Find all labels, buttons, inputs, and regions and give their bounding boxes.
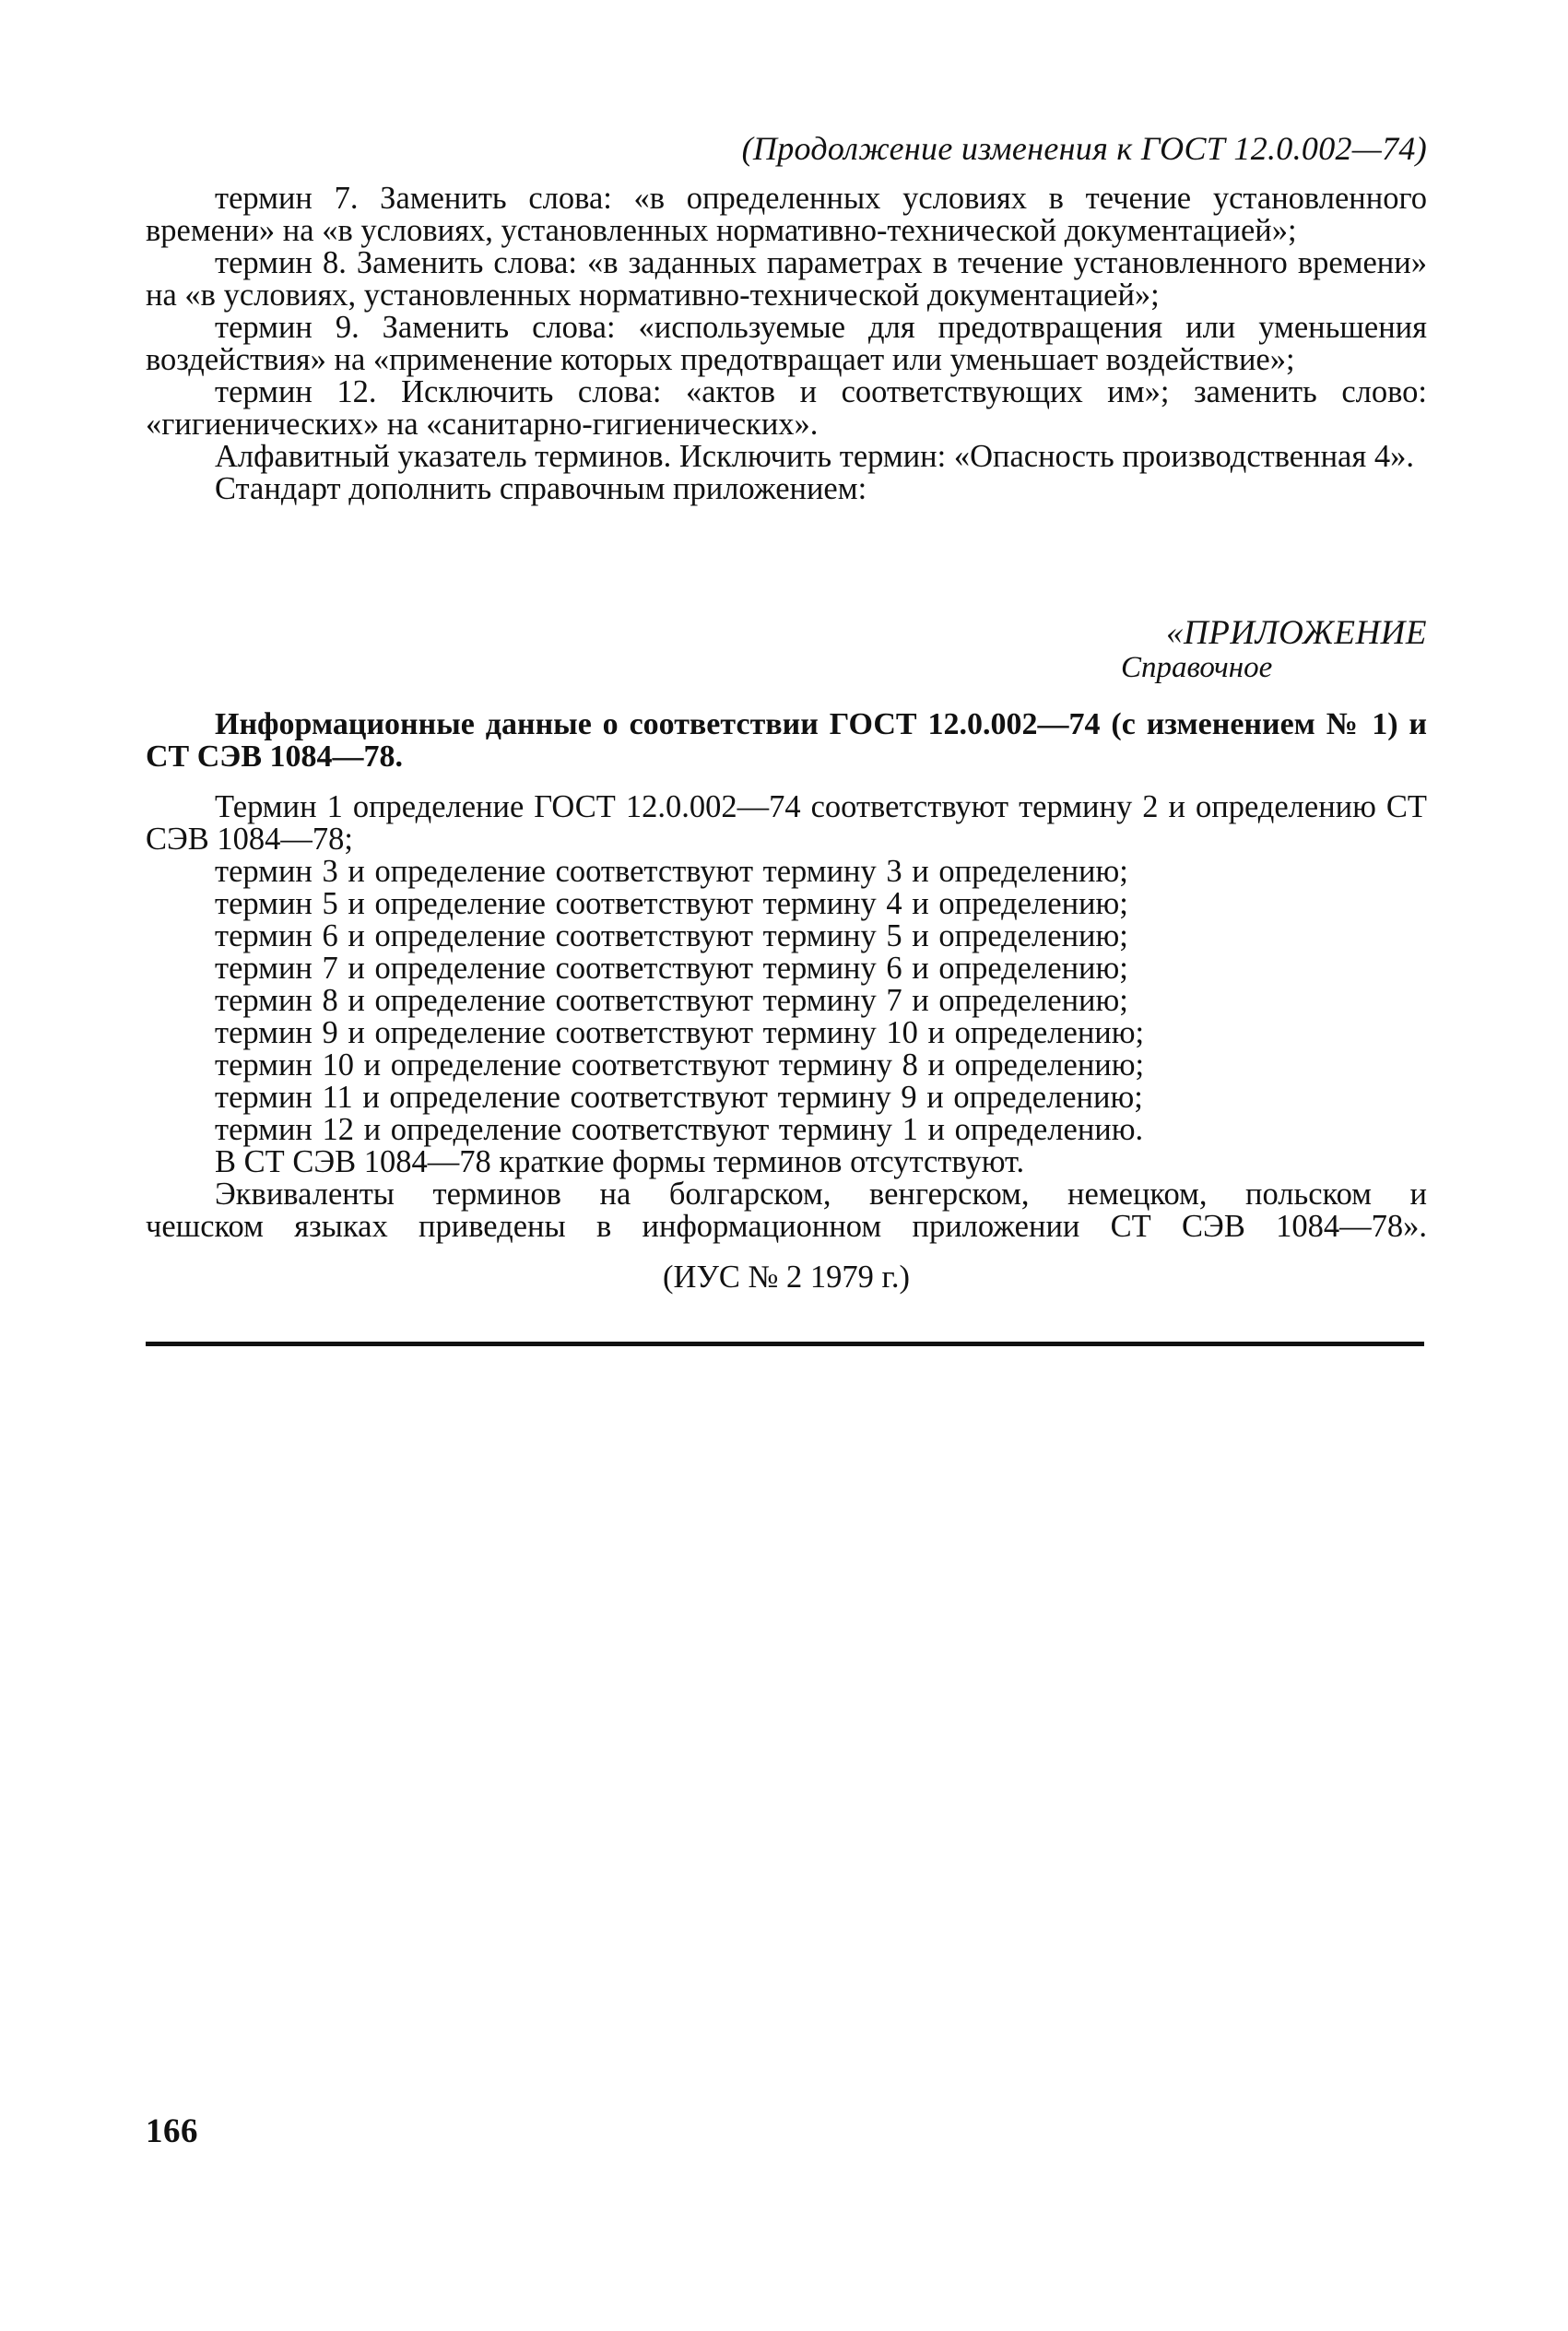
info-heading-section: Информационные данные о соответствии ГОС… [146,708,1427,773]
publication-reference: (ИУС № 2 1979 г.) [146,1261,1427,1294]
amendment-term-12: термин 12. Исключить слова: «актов и соо… [146,376,1427,441]
mapping-intro: Термин 1 определение ГОСТ 12.0.002—74 со… [146,791,1427,856]
amendments-section: термин 7. Заменить слова: «в определенны… [146,183,1427,505]
amendment-term-9: термин 9. Заменить слова: «используемые … [146,312,1427,376]
info-heading: Информационные данные о соответствии ГОС… [146,708,1427,773]
short-forms-note: В СТ СЭВ 1084—78 краткие формы терминов … [146,1146,1427,1178]
appendix-label: «ПРИЛОЖЕНИЕ Справочное [1095,616,1427,684]
term-mapping-section: Термин 1 определение ГОСТ 12.0.002—74 со… [146,791,1427,1243]
appendix-subtitle: Справочное [1095,651,1427,684]
mapping-item: термин 9 и определение соответствуют тер… [146,1017,1427,1049]
mapping-item: термин 8 и определение соответствуют тер… [146,985,1427,1017]
mapping-item: термин 11 и определение соответствуют те… [146,1082,1427,1114]
running-head: (Продолжение изменения к ГОСТ 12.0.002—7… [742,129,1427,168]
equivalents-line-2: чешском языках приведены в информационно… [146,1211,1427,1243]
mapping-item: термин 7 и определение соответствуют тер… [146,953,1427,985]
amendment-term-7: термин 7. Заменить слова: «в определенны… [146,183,1427,247]
appendix-title: «ПРИЛОЖЕНИЕ [1095,616,1427,651]
page-number: 166 [146,2112,198,2151]
mapping-item: термин 5 и определение соответствуют тер… [146,888,1427,920]
amendment-alphabetical-index: Алфавитный указатель терминов. Исключить… [146,441,1427,473]
horizontal-rule [146,1342,1424,1346]
mapping-item: термин 3 и определение соответствуют тер… [146,856,1427,888]
mapping-item: термин 12 и определение соответствуют те… [146,1114,1427,1146]
equivalents-line-1: Эквиваленты терминов на болгарском, венг… [146,1178,1427,1211]
mapping-item: термин 6 и определение соответствуют тер… [146,920,1427,953]
amendment-add-appendix: Стандарт дополнить справочным приложение… [146,473,1427,505]
mapping-list: термин 3 и определение соответствуют тер… [146,856,1427,1146]
mapping-item: термин 10 и определение соответствуют те… [146,1049,1427,1082]
amendment-term-8: термин 8. Заменить слова: «в заданных па… [146,247,1427,312]
